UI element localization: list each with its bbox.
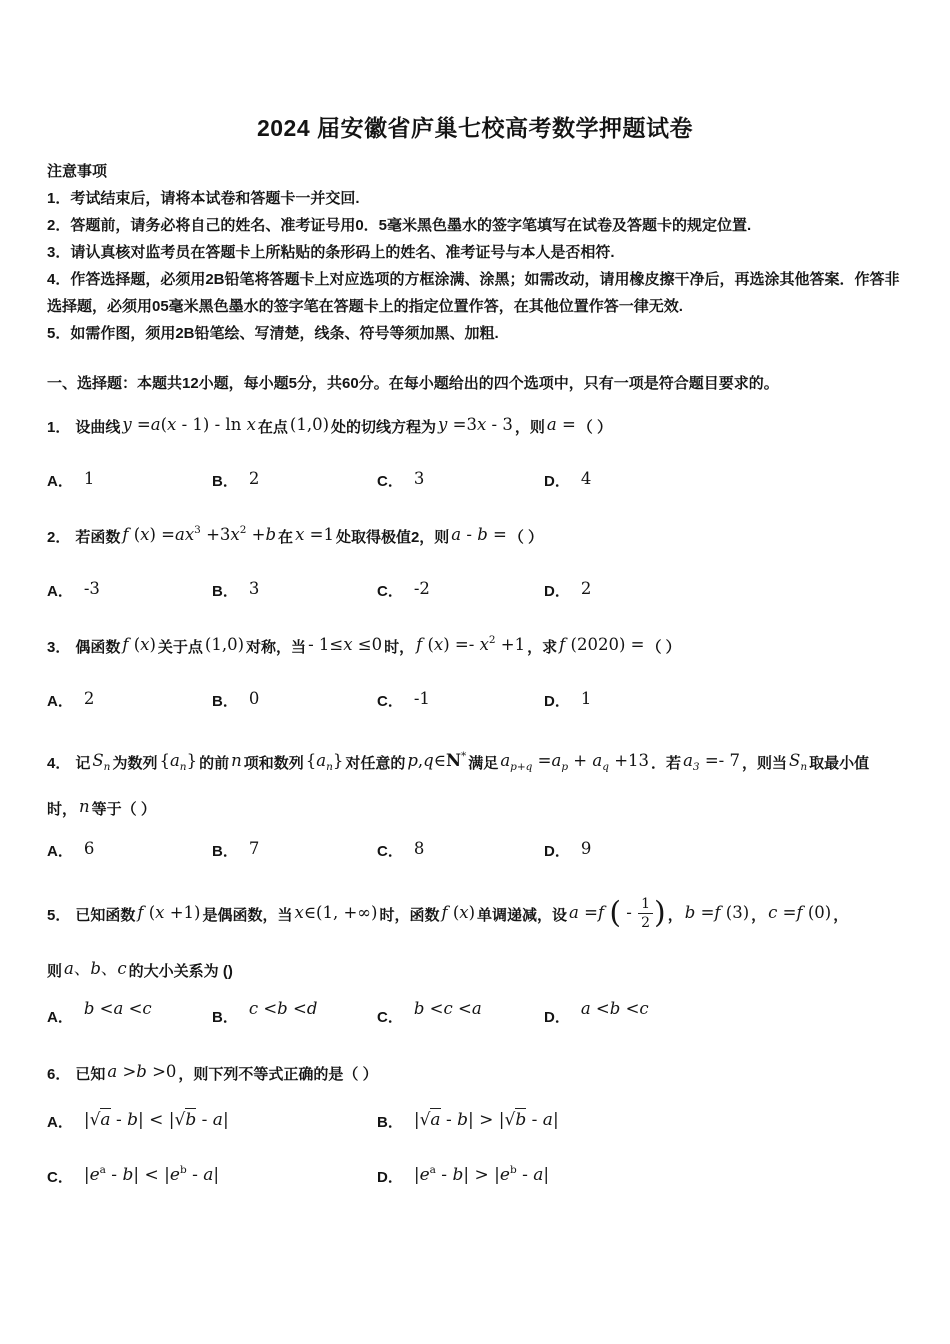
math-expression: c =f (0)	[766, 903, 833, 922]
option-label: D．	[544, 1009, 570, 1026]
option-label: D．	[544, 843, 570, 860]
notice-item-1: 1．考试结束后，请将本试卷和答题卡一并交回.	[47, 185, 903, 212]
math-expression: {an}	[304, 751, 346, 770]
question-5-stem: 5．已知函数f (x +1)是偶函数，当x∈(1, +∞)时，函数f (x)单调…	[47, 885, 903, 944]
option-label: C．	[47, 1169, 73, 1186]
question-text: ，求	[527, 639, 557, 656]
option-label: D．	[544, 583, 570, 600]
option-label: A．	[47, 693, 73, 710]
math-expression: a3 =- 7	[681, 751, 742, 770]
question-text: 项和数列	[244, 755, 304, 772]
math-expression: y =a(x - 1) - ln x	[120, 415, 258, 434]
option-label: A．	[47, 473, 73, 490]
question-text: ，则当	[742, 755, 787, 772]
option-value: -1	[412, 689, 432, 708]
question-text: 偶函数	[75, 639, 120, 656]
option-label: B．	[377, 1114, 403, 1131]
question-text: 取最小值	[809, 755, 869, 772]
math-expression: f (x) =- x2 +1	[414, 635, 527, 654]
answer-blank: （ ）	[509, 529, 543, 546]
question-text: 则	[47, 963, 62, 980]
option-label: D．	[544, 473, 570, 490]
notice-item-3: 3．请认真核对监考员在答题卡上所粘贴的条形码上的姓名、准考证号与本人是否相符.	[47, 239, 903, 266]
notice-item-2: 2．答题前，请务必将自己的姓名、准考证号用0．5毫米黑色墨水的签字笔填写在试卷及…	[47, 212, 903, 239]
option-value: 8	[412, 839, 427, 858]
option-value: |ea - b| > |eb - a|	[412, 1165, 551, 1185]
math-expression: Sn	[90, 751, 112, 770]
option-a: A．1	[47, 469, 212, 491]
answer-blank: （ ）	[578, 419, 612, 436]
option-value: -2	[412, 579, 432, 598]
options-row: A．2 B．0 C．-1 D．1	[47, 689, 903, 711]
math-expression: f (x)	[439, 903, 477, 922]
math-expression: a、b、c	[62, 959, 129, 978]
question-text: 是偶函数，当	[202, 907, 292, 924]
question-text: 时，	[384, 639, 414, 656]
question-text: ，	[668, 907, 683, 924]
options-grid: A．|√a - b| < |√b - a| B．|√a - b| > |√b -…	[47, 1110, 903, 1187]
math-expression: n	[77, 797, 92, 816]
math-expression: f (2020) =	[557, 635, 646, 654]
option-c: C．-2	[377, 579, 544, 601]
question-number: 6．	[47, 1066, 70, 1083]
math-expression: a >b >0	[105, 1062, 178, 1081]
option-d: D．|ea - b| > |eb - a|	[377, 1164, 903, 1187]
options-row: A．1 B．2 C．3 D．4	[47, 469, 903, 491]
option-label: B．	[212, 473, 238, 490]
math-expression: (1,0)	[203, 635, 246, 654]
option-value: 2	[82, 689, 97, 708]
option-value: 7	[247, 839, 262, 858]
option-label: C．	[377, 583, 403, 600]
math-expression: x∈(1, +∞)	[293, 903, 380, 922]
math-expression: a - b =	[449, 525, 509, 544]
question-text: ，	[751, 907, 766, 924]
option-a: A．b <a <c	[47, 999, 212, 1027]
option-d: D．1	[544, 689, 903, 711]
answer-blank: ，则下列不等式正确的是（ ）	[178, 1066, 377, 1083]
option-value: 6	[82, 839, 97, 858]
question-text: 处的切线方程为	[331, 419, 436, 436]
option-value: |√a - b| > |√b - a|	[412, 1110, 561, 1130]
question-text: 为数列	[112, 755, 157, 772]
option-label: B．	[212, 583, 238, 600]
option-value: 1	[82, 469, 97, 488]
options-row: A．6 B．7 C．8 D．9	[47, 839, 903, 861]
question-text: 在点	[258, 419, 288, 436]
math-expression: f (x)	[120, 635, 158, 654]
question-text: 处取得极值2，则	[336, 529, 449, 546]
option-c: C．|ea - b| < |eb - a|	[47, 1164, 377, 1187]
option-value: 3	[412, 469, 427, 488]
math-expression: f (x) =ax3 +3x2 +b	[120, 525, 278, 544]
question-text: 已知函数	[75, 907, 135, 924]
math-expression: - 1≤x ≤0	[306, 635, 384, 654]
exam-paper: 2024 届安徽省庐巢七校高考数学押题试卷 注意事项 1．考试结束后，请将本试卷…	[0, 0, 950, 1187]
option-b: B．7	[212, 839, 377, 861]
math-expression: a =f ( - 12)	[567, 903, 668, 922]
options-row: A．b <a <c B．c <b <d C．b <c <a D．a <b <c	[47, 999, 903, 1027]
page-title: 2024 届安徽省庐巢七校高考数学押题试卷	[47, 0, 903, 143]
option-b: B．|√a - b| > |√b - a|	[377, 1110, 903, 1132]
option-a: A．2	[47, 689, 212, 711]
question-number: 1．	[47, 419, 70, 436]
option-label: A．	[47, 843, 73, 860]
option-value: c <b <d	[247, 999, 320, 1018]
option-a: A．-3	[47, 579, 212, 601]
section-heading: 一、选择题：本题共12小题，每小题5分，共60分。在每小题给出的四个选项中，只有…	[47, 372, 903, 396]
option-value: 4	[579, 469, 594, 488]
option-c: C．3	[377, 469, 544, 491]
option-value: 2	[247, 469, 262, 488]
math-expression: a =	[545, 415, 578, 434]
options-row: A．-3 B．3 C．-2 D．2	[47, 579, 903, 601]
question-text: 若函数	[75, 529, 120, 546]
math-expression: y =3x - 3	[436, 415, 515, 434]
question-3: 3．偶函数f (x)关于点(1,0)对称，当- 1≤x ≤0时，f (x) =-…	[47, 625, 903, 711]
notice-item-5: 5．如需作图，须用2B铅笔绘、写清楚，线条、符号等须加黑、加粗.	[47, 320, 903, 347]
question-text: 单调递减，设	[477, 907, 567, 924]
math-expression: ap+q =ap + aq +13	[498, 751, 651, 770]
option-value: 9	[579, 839, 594, 858]
option-c: C．b <c <a	[377, 999, 544, 1027]
option-label: C．	[377, 843, 403, 860]
notice-item-4: 4．作答选择题，必须用2B铅笔将答题卡上对应选项的方框涂满、涂黑；如需改动，请用…	[47, 266, 903, 320]
question-4-stem-line2: 时，n等于（ ）	[47, 792, 903, 825]
option-label: A．	[47, 1009, 73, 1026]
option-value: 2	[579, 579, 594, 598]
option-c: C．-1	[377, 689, 544, 711]
answer-blank: 等于（ ）	[92, 801, 156, 818]
question-4: 4．记Sn为数列{an}的前n项和数列{an}对任意的p,q∈N*满足ap+q …	[47, 741, 903, 861]
math-expression: x =1	[293, 525, 336, 544]
question-text: 设曲线	[75, 419, 120, 436]
notice-section: 注意事项 1．考试结束后，请将本试卷和答题卡一并交回. 2．答题前，请务必将自己…	[47, 159, 903, 347]
question-text: 记	[75, 755, 90, 772]
option-value: b <c <a	[412, 999, 484, 1018]
option-b: B．3	[212, 579, 377, 601]
option-label: D．	[544, 693, 570, 710]
option-value: b <a <c	[82, 999, 154, 1018]
option-a: A．|√a - b| < |√b - a|	[47, 1110, 377, 1132]
question-text: 对称，当	[246, 639, 306, 656]
answer-blank: 的大小关系为 ()	[129, 963, 233, 980]
question-text: 关于点	[158, 639, 203, 656]
question-number: 5．	[47, 907, 70, 924]
option-label: C．	[377, 693, 403, 710]
option-value: -3	[82, 579, 102, 598]
option-label: B．	[212, 693, 238, 710]
question-text: ，则	[515, 419, 545, 436]
question-5: 5．已知函数f (x +1)是偶函数，当x∈(1, +∞)时，函数f (x)单调…	[47, 885, 903, 1027]
question-5-stem-line2: 则a、b、c的大小关系为 ()	[47, 954, 903, 987]
question-number: 3．	[47, 639, 70, 656]
question-text: ．若	[651, 755, 681, 772]
option-label: A．	[47, 583, 73, 600]
question-text: 在	[278, 529, 293, 546]
option-a: A．6	[47, 839, 212, 861]
question-1-stem: 1．设曲线y =a(x - 1) - ln x在点(1,0)处的切线方程为y =…	[47, 410, 903, 443]
question-1: 1．设曲线y =a(x - 1) - ln x在点(1,0)处的切线方程为y =…	[47, 410, 903, 491]
notice-heading: 注意事项	[47, 159, 903, 185]
option-value: |ea - b| < |eb - a|	[82, 1165, 221, 1185]
question-2: 2．若函数f (x) =ax3 +3x2 +b在x =1处取得极值2，则a - …	[47, 515, 903, 601]
question-text: 满足	[468, 755, 498, 772]
option-value: a <b <c	[579, 999, 651, 1018]
math-expression: p,q∈N*	[405, 751, 468, 770]
option-b: B．2	[212, 469, 377, 491]
question-text: 时，函数	[379, 907, 439, 924]
option-value: |√a - b| < |√b - a|	[82, 1110, 231, 1130]
math-expression: n	[229, 751, 244, 770]
question-text: 对任意的	[345, 755, 405, 772]
option-value: 1	[579, 689, 594, 708]
question-text: 的前	[199, 755, 229, 772]
option-b: B．c <b <d	[212, 999, 377, 1027]
option-label: C．	[377, 1009, 403, 1026]
option-label: B．	[212, 843, 238, 860]
option-d: D．4	[544, 469, 903, 491]
question-6: 6．已知a >b >0，则下列不等式正确的是（ ） A．|√a - b| < |…	[47, 1057, 903, 1187]
option-label: C．	[377, 473, 403, 490]
answer-blank: （ ）	[646, 639, 680, 656]
option-d: D．9	[544, 839, 903, 861]
option-value: 0	[247, 689, 262, 708]
question-text: 已知	[75, 1066, 105, 1083]
question-number: 4．	[47, 755, 70, 772]
math-expression: b =f (3)	[683, 903, 751, 922]
question-4-stem: 4．记Sn为数列{an}的前n项和数列{an}对任意的p,q∈N*满足ap+q …	[47, 741, 903, 782]
option-label: D．	[377, 1169, 403, 1186]
question-text: 时，	[47, 801, 77, 818]
question-6-stem: 6．已知a >b >0，则下列不等式正确的是（ ）	[47, 1057, 903, 1090]
option-d: D．a <b <c	[544, 999, 903, 1027]
math-expression: {an}	[157, 751, 199, 770]
option-c: C．8	[377, 839, 544, 861]
question-number: 2．	[47, 529, 70, 546]
option-value: 3	[247, 579, 262, 598]
option-b: B．0	[212, 689, 377, 711]
math-expression: (1,0)	[288, 415, 331, 434]
option-d: D．2	[544, 579, 903, 601]
question-2-stem: 2．若函数f (x) =ax3 +3x2 +b在x =1处取得极值2，则a - …	[47, 515, 903, 553]
question-3-stem: 3．偶函数f (x)关于点(1,0)对称，当- 1≤x ≤0时，f (x) =-…	[47, 625, 903, 663]
math-expression: f (x +1)	[135, 903, 202, 922]
option-label: B．	[212, 1009, 238, 1026]
math-expression: Sn	[787, 751, 809, 770]
question-text: ，	[833, 907, 848, 924]
option-label: A．	[47, 1114, 73, 1131]
